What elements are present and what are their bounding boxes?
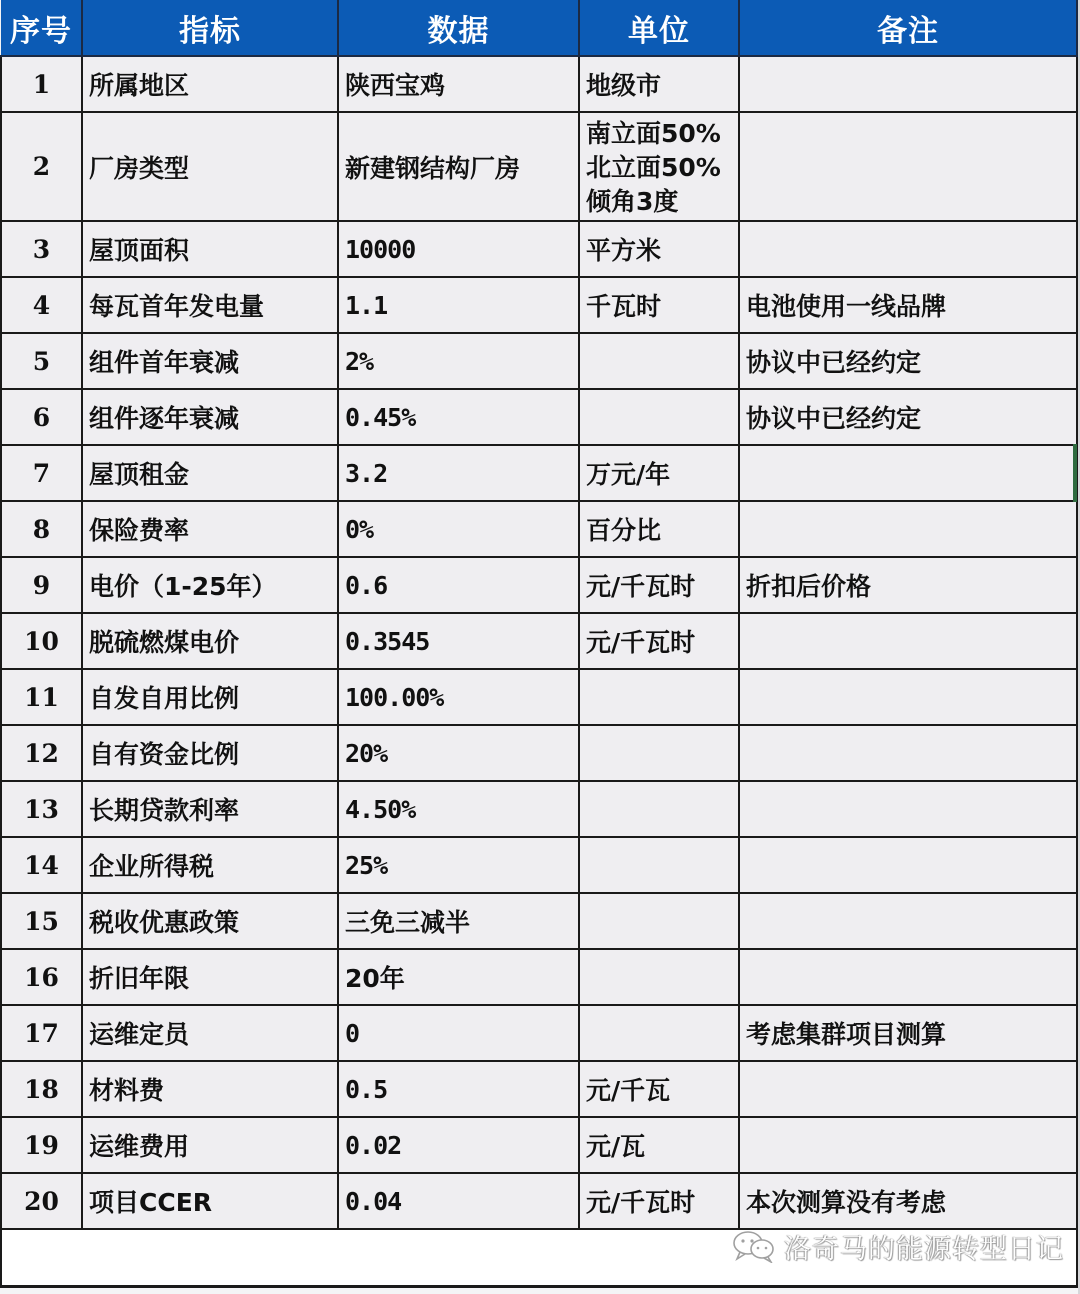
cell-index[interactable]: 8 <box>1 501 82 557</box>
cell-unit[interactable] <box>579 725 739 781</box>
cell-note[interactable] <box>739 112 1077 221</box>
cell-value[interactable]: 三免三减半 <box>338 893 579 949</box>
cell-index[interactable]: 20 <box>1 1173 82 1229</box>
table-row: 19 运维费用 0.02 元/瓦 <box>1 1117 1077 1173</box>
cell-indicator[interactable]: 厂房类型 <box>82 112 338 221</box>
cell-indicator[interactable]: 脱硫燃煤电价 <box>82 613 338 669</box>
cell-value[interactable]: 25% <box>338 837 579 893</box>
cell-value[interactable]: 4.50% <box>338 781 579 837</box>
empty-merged-row <box>1 1229 1077 1287</box>
cell-indicator[interactable]: 自有资金比例 <box>82 725 338 781</box>
cell-indicator[interactable]: 所属地区 <box>82 56 338 112</box>
cell-selection-indicator <box>1073 444 1077 502</box>
parameter-table: 序号 指标 数据 单位 备注 1 所属地区 陕西宝鸡 地级市 2 厂房类型 新建… <box>0 0 1078 1288</box>
cell-indicator[interactable]: 组件逐年衰减 <box>82 389 338 445</box>
cell-index[interactable]: 7 <box>1 445 82 501</box>
cell-unit[interactable] <box>579 893 739 949</box>
cell-note[interactable] <box>739 1117 1077 1173</box>
cell-value[interactable]: 0.3545 <box>338 613 579 669</box>
table-row: 2 厂房类型 新建钢结构厂房 南立面50% 北立面50% 倾角3度 <box>1 112 1077 221</box>
cell-value[interactable]: 0.6 <box>338 557 579 613</box>
cell-unit[interactable]: 元/千瓦时 <box>579 613 739 669</box>
table-row: 6 组件逐年衰减 0.45% 协议中已经约定 <box>1 389 1077 445</box>
cell-value[interactable]: 0% <box>338 501 579 557</box>
cell-value[interactable]: 10000 <box>338 221 579 277</box>
cell-index[interactable]: 2 <box>1 112 82 221</box>
cell-indicator[interactable]: 企业所得税 <box>82 837 338 893</box>
table-row: 12 自有资金比例 20% <box>1 725 1077 781</box>
cell-value[interactable]: 陕西宝鸡 <box>338 56 579 112</box>
cell-index[interactable]: 15 <box>1 893 82 949</box>
header-indicator[interactable]: 指标 <box>82 0 338 56</box>
cell-note[interactable] <box>739 445 1077 501</box>
cell-note[interactable]: 电池使用一线品牌 <box>739 277 1077 333</box>
cell-index[interactable]: 16 <box>1 949 82 1005</box>
cell-index[interactable]: 17 <box>1 1005 82 1061</box>
cell-indicator[interactable]: 每瓦首年发电量 <box>82 277 338 333</box>
cell-note[interactable] <box>739 669 1077 725</box>
table-row: 11 自发自用比例 100.00% <box>1 669 1077 725</box>
cell-unit[interactable]: 元/千瓦时 <box>579 1173 739 1229</box>
table-row: 20 项目CCER 0.04 元/千瓦时 本次测算没有考虑 <box>1 1173 1077 1229</box>
cell-note[interactable] <box>739 56 1077 112</box>
cell-unit[interactable] <box>579 949 739 1005</box>
cell-unit[interactable] <box>579 837 739 893</box>
cell-note[interactable]: 协议中已经约定 <box>739 333 1077 389</box>
cell-value[interactable]: 20年 <box>338 949 579 1005</box>
cell-unit[interactable]: 万元/年 <box>579 445 739 501</box>
cell-index[interactable]: 12 <box>1 725 82 781</box>
cell-unit[interactable] <box>579 669 739 725</box>
table-row: 9 电价（1-25年） 0.6 元/千瓦时 折扣后价格 <box>1 557 1077 613</box>
cell-value[interactable]: 0.45% <box>338 389 579 445</box>
cell-value[interactable]: 20% <box>338 725 579 781</box>
cell-indicator[interactable]: 运维定员 <box>82 1005 338 1061</box>
cell-unit[interactable]: 千瓦时 <box>579 277 739 333</box>
cell-index[interactable]: 6 <box>1 389 82 445</box>
table-row: 7 屋顶租金 3.2 万元/年 <box>1 445 1077 501</box>
unit-line: 南立面50% <box>586 117 732 151</box>
cell-note[interactable] <box>739 613 1077 669</box>
cell-index[interactable]: 9 <box>1 557 82 613</box>
table-row: 18 材料费 0.5 元/千瓦 <box>1 1061 1077 1117</box>
cell-note[interactable] <box>739 1061 1077 1117</box>
table-row: 13 长期贷款利率 4.50% <box>1 781 1077 837</box>
cell-value[interactable]: 0 <box>338 1005 579 1061</box>
cell-unit[interactable] <box>579 389 739 445</box>
table-row: 1 所属地区 陕西宝鸡 地级市 <box>1 56 1077 112</box>
cell-value[interactable]: 100.00% <box>338 669 579 725</box>
cell-indicator[interactable]: 折旧年限 <box>82 949 338 1005</box>
cell-unit[interactable]: 南立面50% 北立面50% 倾角3度 <box>579 112 739 221</box>
header-row: 序号 指标 数据 单位 备注 <box>1 0 1077 56</box>
table-row: 5 组件首年衰减 2% 协议中已经约定 <box>1 333 1077 389</box>
cell-unit[interactable] <box>579 333 739 389</box>
cell-indicator[interactable]: 项目CCER <box>82 1173 338 1229</box>
cell-index[interactable]: 18 <box>1 1061 82 1117</box>
cell-unit[interactable]: 元/千瓦 <box>579 1061 739 1117</box>
table-row: 4 每瓦首年发电量 1.1 千瓦时 电池使用一线品牌 <box>1 277 1077 333</box>
cell-indicator[interactable]: 电价（1-25年） <box>82 557 338 613</box>
cell-index[interactable]: 11 <box>1 669 82 725</box>
cell-value[interactable]: 0.04 <box>338 1173 579 1229</box>
unit-line: 北立面50% <box>586 151 732 185</box>
header-unit[interactable]: 单位 <box>579 0 739 56</box>
cell-note[interactable] <box>739 893 1077 949</box>
table-row: 3 屋顶面积 10000 平方米 <box>1 221 1077 277</box>
cell-unit[interactable] <box>579 1005 739 1061</box>
cell-value[interactable]: 0.02 <box>338 1117 579 1173</box>
cell-value[interactable]: 新建钢结构厂房 <box>338 112 579 221</box>
table-row: 10 脱硫燃煤电价 0.3545 元/千瓦时 <box>1 613 1077 669</box>
unit-line: 倾角3度 <box>586 185 732 219</box>
cell-indicator[interactable]: 自发自用比例 <box>82 669 338 725</box>
table-row: 17 运维定员 0 考虑集群项目测算 <box>1 1005 1077 1061</box>
cell-note[interactable] <box>739 781 1077 837</box>
cell-index[interactable]: 14 <box>1 837 82 893</box>
cell-note[interactable] <box>739 837 1077 893</box>
cell-index[interactable]: 10 <box>1 613 82 669</box>
cell-note[interactable] <box>739 221 1077 277</box>
cell-note[interactable]: 折扣后价格 <box>739 557 1077 613</box>
table-row: 8 保险费率 0% 百分比 <box>1 501 1077 557</box>
cell-indicator[interactable]: 运维费用 <box>82 1117 338 1173</box>
cell-unit[interactable]: 元/瓦 <box>579 1117 739 1173</box>
table-body: 1 所属地区 陕西宝鸡 地级市 2 厂房类型 新建钢结构厂房 南立面50% 北立… <box>1 56 1077 1287</box>
empty-merged-cell[interactable] <box>1 1229 1077 1287</box>
cell-index[interactable]: 19 <box>1 1117 82 1173</box>
cell-unit[interactable]: 元/千瓦时 <box>579 557 739 613</box>
cell-unit[interactable]: 地级市 <box>579 56 739 112</box>
cell-unit[interactable] <box>579 781 739 837</box>
cell-indicator[interactable]: 长期贷款利率 <box>82 781 338 837</box>
table-row: 14 企业所得税 25% <box>1 837 1077 893</box>
cell-unit[interactable]: 平方米 <box>579 221 739 277</box>
cell-indicator[interactable]: 材料费 <box>82 1061 338 1117</box>
cell-indicator[interactable]: 屋顶面积 <box>82 221 338 277</box>
cell-index[interactable]: 3 <box>1 221 82 277</box>
table-row: 15 税收优惠政策 三免三减半 <box>1 893 1077 949</box>
header-note[interactable]: 备注 <box>739 0 1077 56</box>
cell-index[interactable]: 1 <box>1 56 82 112</box>
cell-value[interactable]: 3.2 <box>338 445 579 501</box>
cell-note[interactable]: 考虑集群项目测算 <box>739 1005 1077 1061</box>
cell-note[interactable] <box>739 949 1077 1005</box>
cell-index[interactable]: 5 <box>1 333 82 389</box>
cell-index[interactable]: 4 <box>1 277 82 333</box>
cell-note[interactable] <box>739 501 1077 557</box>
cell-note[interactable] <box>739 725 1077 781</box>
cell-value[interactable]: 1.1 <box>338 277 579 333</box>
cell-indicator[interactable]: 税收优惠政策 <box>82 893 338 949</box>
header-index[interactable]: 序号 <box>1 0 82 56</box>
cell-indicator[interactable]: 组件首年衰减 <box>82 333 338 389</box>
cell-value[interactable]: 0.5 <box>338 1061 579 1117</box>
cell-value[interactable]: 2% <box>338 333 579 389</box>
cell-index[interactable]: 13 <box>1 781 82 837</box>
table-row: 16 折旧年限 20年 <box>1 949 1077 1005</box>
cell-note[interactable]: 本次测算没有考虑 <box>739 1173 1077 1229</box>
cell-indicator[interactable]: 保险费率 <box>82 501 338 557</box>
cell-unit[interactable]: 百分比 <box>579 501 739 557</box>
cell-indicator[interactable]: 屋顶租金 <box>82 445 338 501</box>
header-value[interactable]: 数据 <box>338 0 579 56</box>
cell-note[interactable]: 协议中已经约定 <box>739 389 1077 445</box>
